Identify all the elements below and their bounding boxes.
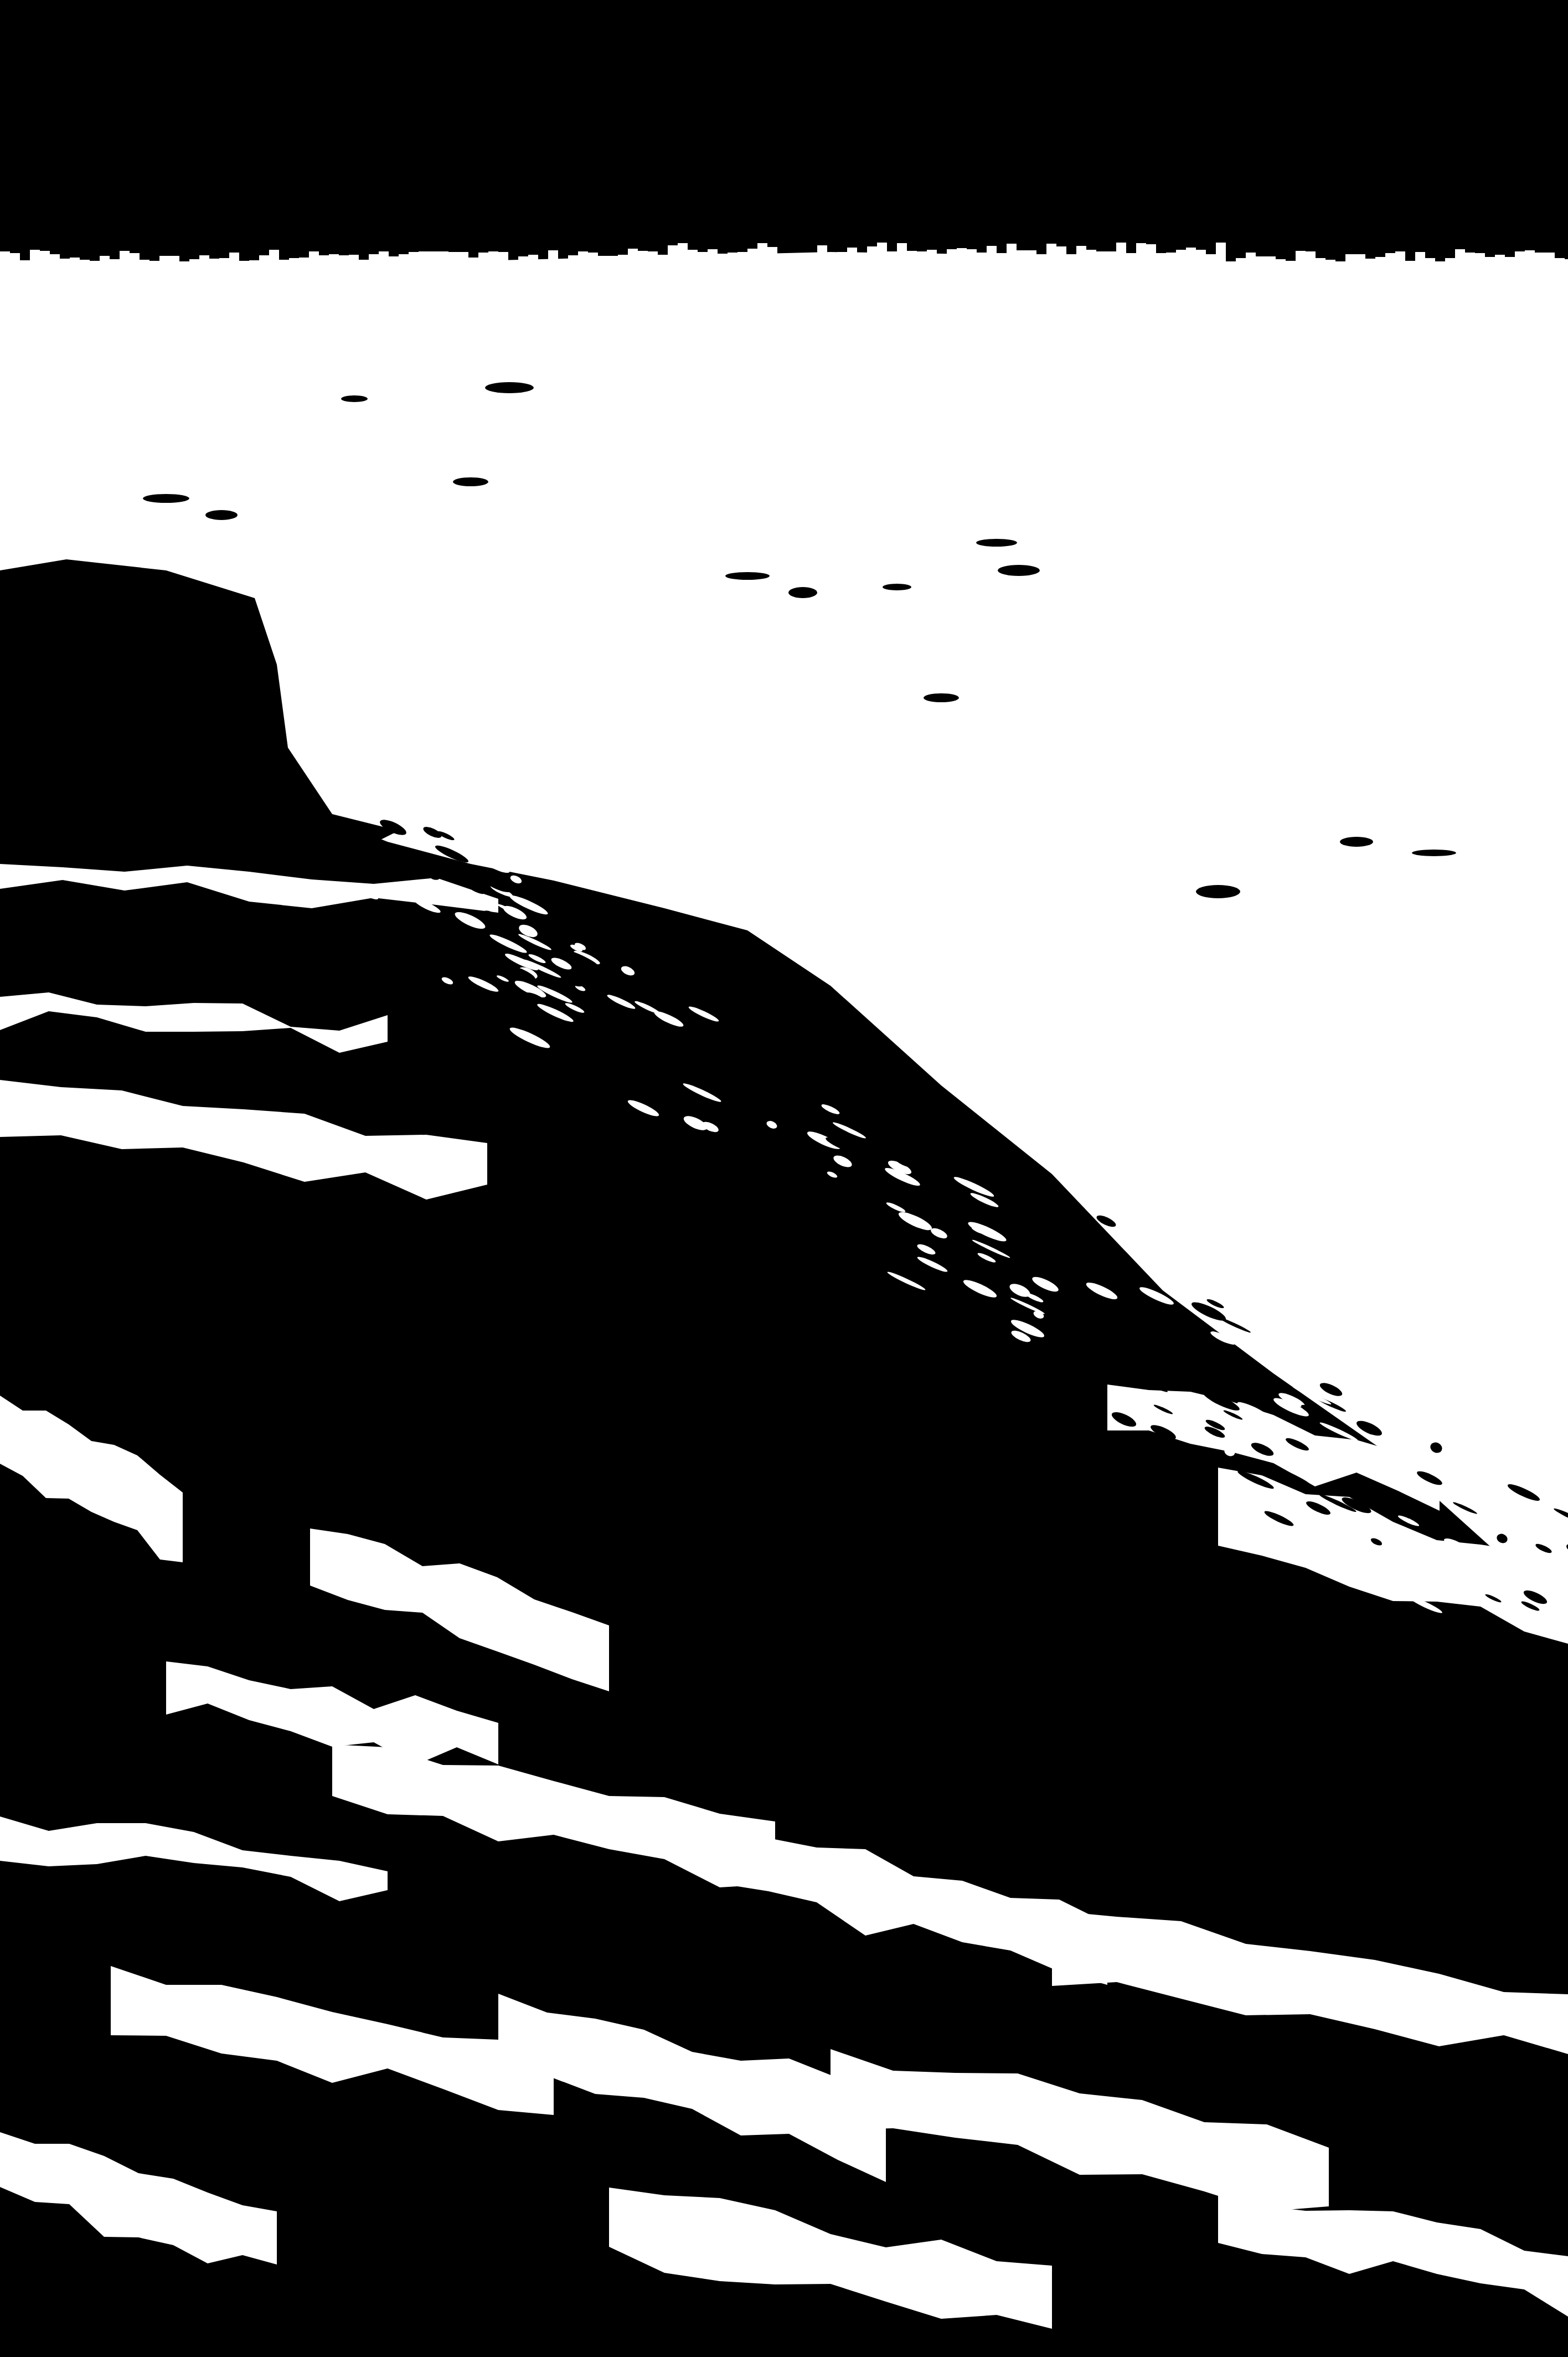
ridge-bump bbox=[638, 251, 648, 280]
ridge-bump bbox=[1126, 253, 1136, 280]
speck bbox=[485, 382, 534, 393]
ridge-bump bbox=[1535, 253, 1545, 287]
ridge-bump bbox=[538, 260, 548, 287]
ridge-bump bbox=[1176, 250, 1186, 280]
ridge-bump bbox=[1066, 254, 1076, 280]
ridge-bump bbox=[1027, 250, 1036, 280]
ridge-bump bbox=[379, 251, 389, 287]
ridge-bump bbox=[1206, 254, 1216, 280]
ridge-bump bbox=[349, 255, 359, 287]
ridge-bump bbox=[1425, 258, 1435, 287]
ridge-bump bbox=[429, 251, 439, 287]
ridge-bump bbox=[1465, 253, 1475, 287]
ridge-bump bbox=[269, 250, 279, 287]
ridge-bump bbox=[419, 251, 429, 287]
ridge-bump bbox=[1146, 244, 1156, 280]
speck bbox=[341, 395, 368, 402]
ridge-bump bbox=[1545, 253, 1555, 287]
ridge-bump bbox=[1186, 248, 1196, 280]
ridge-bump bbox=[448, 252, 458, 287]
ridge-bump bbox=[478, 253, 488, 287]
ridge-bump bbox=[528, 255, 538, 287]
ridge-bump bbox=[678, 243, 688, 280]
ridge-bump bbox=[1226, 261, 1236, 287]
ridge-bump bbox=[1415, 252, 1425, 287]
ridge-bump bbox=[1246, 253, 1256, 287]
ridge-bump bbox=[10, 253, 20, 287]
ridge-bump bbox=[1286, 261, 1296, 287]
ridge-bump bbox=[787, 255, 797, 280]
ridge-bump bbox=[1116, 243, 1126, 280]
ridge-bump bbox=[907, 251, 917, 280]
ridge-bump bbox=[488, 251, 498, 287]
ridge-bump bbox=[199, 255, 209, 287]
ridge-bump bbox=[977, 253, 987, 280]
ridge-bump bbox=[1485, 257, 1495, 287]
ridge-bump bbox=[618, 255, 628, 280]
ridge-bump bbox=[359, 260, 369, 287]
ridge-bump bbox=[409, 252, 419, 287]
ridge-bump bbox=[698, 252, 708, 280]
ridge-bump bbox=[1036, 254, 1046, 280]
ridge-bump bbox=[1555, 258, 1565, 287]
ridge-bump bbox=[1385, 253, 1395, 287]
ridge-bump bbox=[718, 254, 728, 280]
ridge-bump bbox=[588, 253, 598, 287]
ridge-bump bbox=[847, 248, 857, 280]
ridge-bump bbox=[1136, 243, 1146, 280]
ridge-bump bbox=[439, 251, 448, 287]
ridge-bump bbox=[598, 256, 608, 287]
ridge-bump bbox=[498, 252, 508, 287]
ridge-bump bbox=[1325, 260, 1335, 287]
ridge-bump bbox=[1365, 259, 1375, 287]
ridge-bump bbox=[279, 260, 289, 287]
ridge-bump bbox=[1475, 253, 1485, 287]
ridge-bump bbox=[30, 250, 40, 287]
ridge-bump bbox=[1405, 261, 1415, 287]
ridge-bump bbox=[329, 254, 339, 287]
ridge-bump bbox=[100, 256, 110, 287]
ridge-bump bbox=[209, 259, 219, 287]
ridge-bump bbox=[1375, 257, 1385, 287]
ridge-bump bbox=[50, 254, 60, 287]
ridge-bump bbox=[797, 253, 807, 280]
ridge-bump bbox=[997, 253, 1007, 280]
ridge-bump bbox=[1086, 250, 1096, 280]
ridge-bump bbox=[309, 251, 319, 287]
ridge-bump bbox=[987, 246, 997, 280]
ridge-bump bbox=[957, 248, 967, 280]
ridge-bump bbox=[877, 243, 887, 280]
ridge-bump bbox=[668, 245, 678, 280]
ridge-bump bbox=[1515, 251, 1525, 287]
ridge-bump bbox=[399, 254, 409, 287]
ridge-bump bbox=[468, 258, 478, 287]
ridge-bump bbox=[967, 249, 977, 280]
ridge-bump bbox=[1017, 250, 1027, 280]
ridge-bump bbox=[1216, 243, 1226, 280]
ridge-bump bbox=[1007, 244, 1017, 280]
ridge-bump bbox=[1335, 261, 1345, 287]
landscape-photo bbox=[0, 0, 1568, 2357]
ridge-bump bbox=[458, 252, 468, 287]
speck bbox=[1196, 885, 1240, 898]
ridge-bump bbox=[189, 259, 199, 287]
ridge-bump bbox=[289, 258, 299, 287]
ridge-bump bbox=[1256, 256, 1266, 287]
ridge-bump bbox=[1355, 254, 1365, 287]
ridge-bump bbox=[1296, 251, 1306, 287]
ridge-bump bbox=[40, 251, 50, 287]
ridge-bump bbox=[917, 251, 927, 280]
ridge-bump bbox=[1236, 258, 1246, 287]
ridge-bump bbox=[140, 260, 149, 287]
ridge-bump bbox=[548, 250, 558, 287]
speck bbox=[883, 584, 911, 590]
ridge-bump bbox=[1056, 246, 1066, 280]
speck bbox=[205, 510, 238, 520]
ridge-bump bbox=[1565, 259, 1568, 287]
speck bbox=[998, 565, 1040, 576]
ridge-bump bbox=[648, 251, 658, 280]
ridge-bump bbox=[229, 253, 239, 287]
ridge-bump bbox=[1495, 255, 1505, 287]
ridge-bump bbox=[578, 251, 588, 287]
ridge-bump bbox=[259, 255, 269, 287]
ridge-bump bbox=[937, 255, 947, 280]
ridge-bump bbox=[319, 255, 329, 287]
ridge-bump bbox=[1505, 257, 1515, 287]
speck bbox=[924, 693, 959, 702]
ridge-bump bbox=[159, 256, 169, 287]
ridge-bump bbox=[120, 251, 130, 287]
ridge-bump bbox=[658, 255, 668, 280]
ridge-bump bbox=[1345, 254, 1355, 287]
ridge-bump bbox=[1445, 258, 1455, 287]
ridge-bump bbox=[1276, 259, 1286, 287]
ridge-bump bbox=[827, 253, 837, 280]
ridge-bump bbox=[239, 261, 249, 287]
ridge-bump bbox=[1455, 249, 1465, 287]
ridge-bump bbox=[767, 247, 777, 280]
ridge-bump bbox=[867, 246, 877, 280]
ridge-bump bbox=[628, 249, 638, 280]
ridge-bump bbox=[0, 251, 10, 287]
ridge-bump bbox=[130, 253, 140, 287]
ridge-bump bbox=[369, 254, 379, 287]
ridge-bump bbox=[897, 243, 907, 280]
ridge-bump bbox=[1306, 251, 1316, 287]
ridge-bump bbox=[389, 256, 399, 287]
ridge-bump bbox=[1525, 250, 1535, 287]
ridge-bump bbox=[149, 261, 159, 287]
ridge-bump bbox=[807, 253, 817, 280]
ridge-bump bbox=[169, 256, 179, 287]
ridge-bump bbox=[1096, 251, 1106, 280]
ridge-bump bbox=[1435, 261, 1445, 287]
ridge-bump bbox=[70, 258, 80, 287]
ridge-bump bbox=[757, 243, 767, 280]
ridge-bump bbox=[568, 255, 578, 287]
ridge-bump bbox=[1266, 256, 1276, 287]
ridge-bump bbox=[728, 253, 737, 280]
ridge-bump bbox=[1076, 246, 1086, 280]
ridge-bump bbox=[688, 250, 698, 280]
ridge-bump bbox=[857, 254, 867, 280]
ridge-bump bbox=[1395, 251, 1405, 287]
ridge-bump bbox=[110, 259, 120, 287]
ridge-bump bbox=[1046, 244, 1056, 280]
ridge-bump bbox=[708, 249, 718, 280]
ridge-bump bbox=[1316, 258, 1325, 287]
speck bbox=[1340, 837, 1373, 847]
ridge-bump bbox=[558, 261, 568, 287]
ridge-bump bbox=[80, 260, 90, 287]
ridge-bump bbox=[219, 258, 229, 287]
ridge-bump bbox=[747, 249, 757, 280]
ridge-bump bbox=[608, 256, 618, 287]
ridge-bump bbox=[817, 245, 827, 280]
speck bbox=[788, 587, 817, 598]
ridge-bump bbox=[927, 250, 937, 280]
ridge-bump bbox=[887, 251, 897, 280]
ridge-bump bbox=[1156, 253, 1166, 280]
ridge-bump bbox=[837, 252, 847, 280]
ridge-bump bbox=[339, 255, 349, 287]
ridge-bump bbox=[90, 261, 100, 287]
ridge-bump bbox=[1166, 253, 1176, 280]
ridge-bump bbox=[1106, 251, 1116, 280]
ridge-bump bbox=[737, 252, 747, 280]
ridge-bump bbox=[249, 260, 259, 287]
ridge-bump bbox=[508, 261, 518, 287]
ridge-bump bbox=[947, 249, 957, 280]
ridge-bump bbox=[179, 261, 189, 287]
ridge-bump bbox=[20, 260, 30, 287]
speck bbox=[976, 539, 1017, 547]
ridge-bump bbox=[777, 254, 787, 280]
ridge-bump bbox=[518, 256, 528, 287]
speck bbox=[725, 572, 770, 580]
speck bbox=[143, 494, 189, 503]
ridge-bump bbox=[299, 258, 309, 287]
speck bbox=[453, 477, 488, 486]
ridge-bump bbox=[1196, 250, 1206, 280]
speck bbox=[1412, 850, 1456, 856]
ridge-bump bbox=[60, 259, 70, 287]
